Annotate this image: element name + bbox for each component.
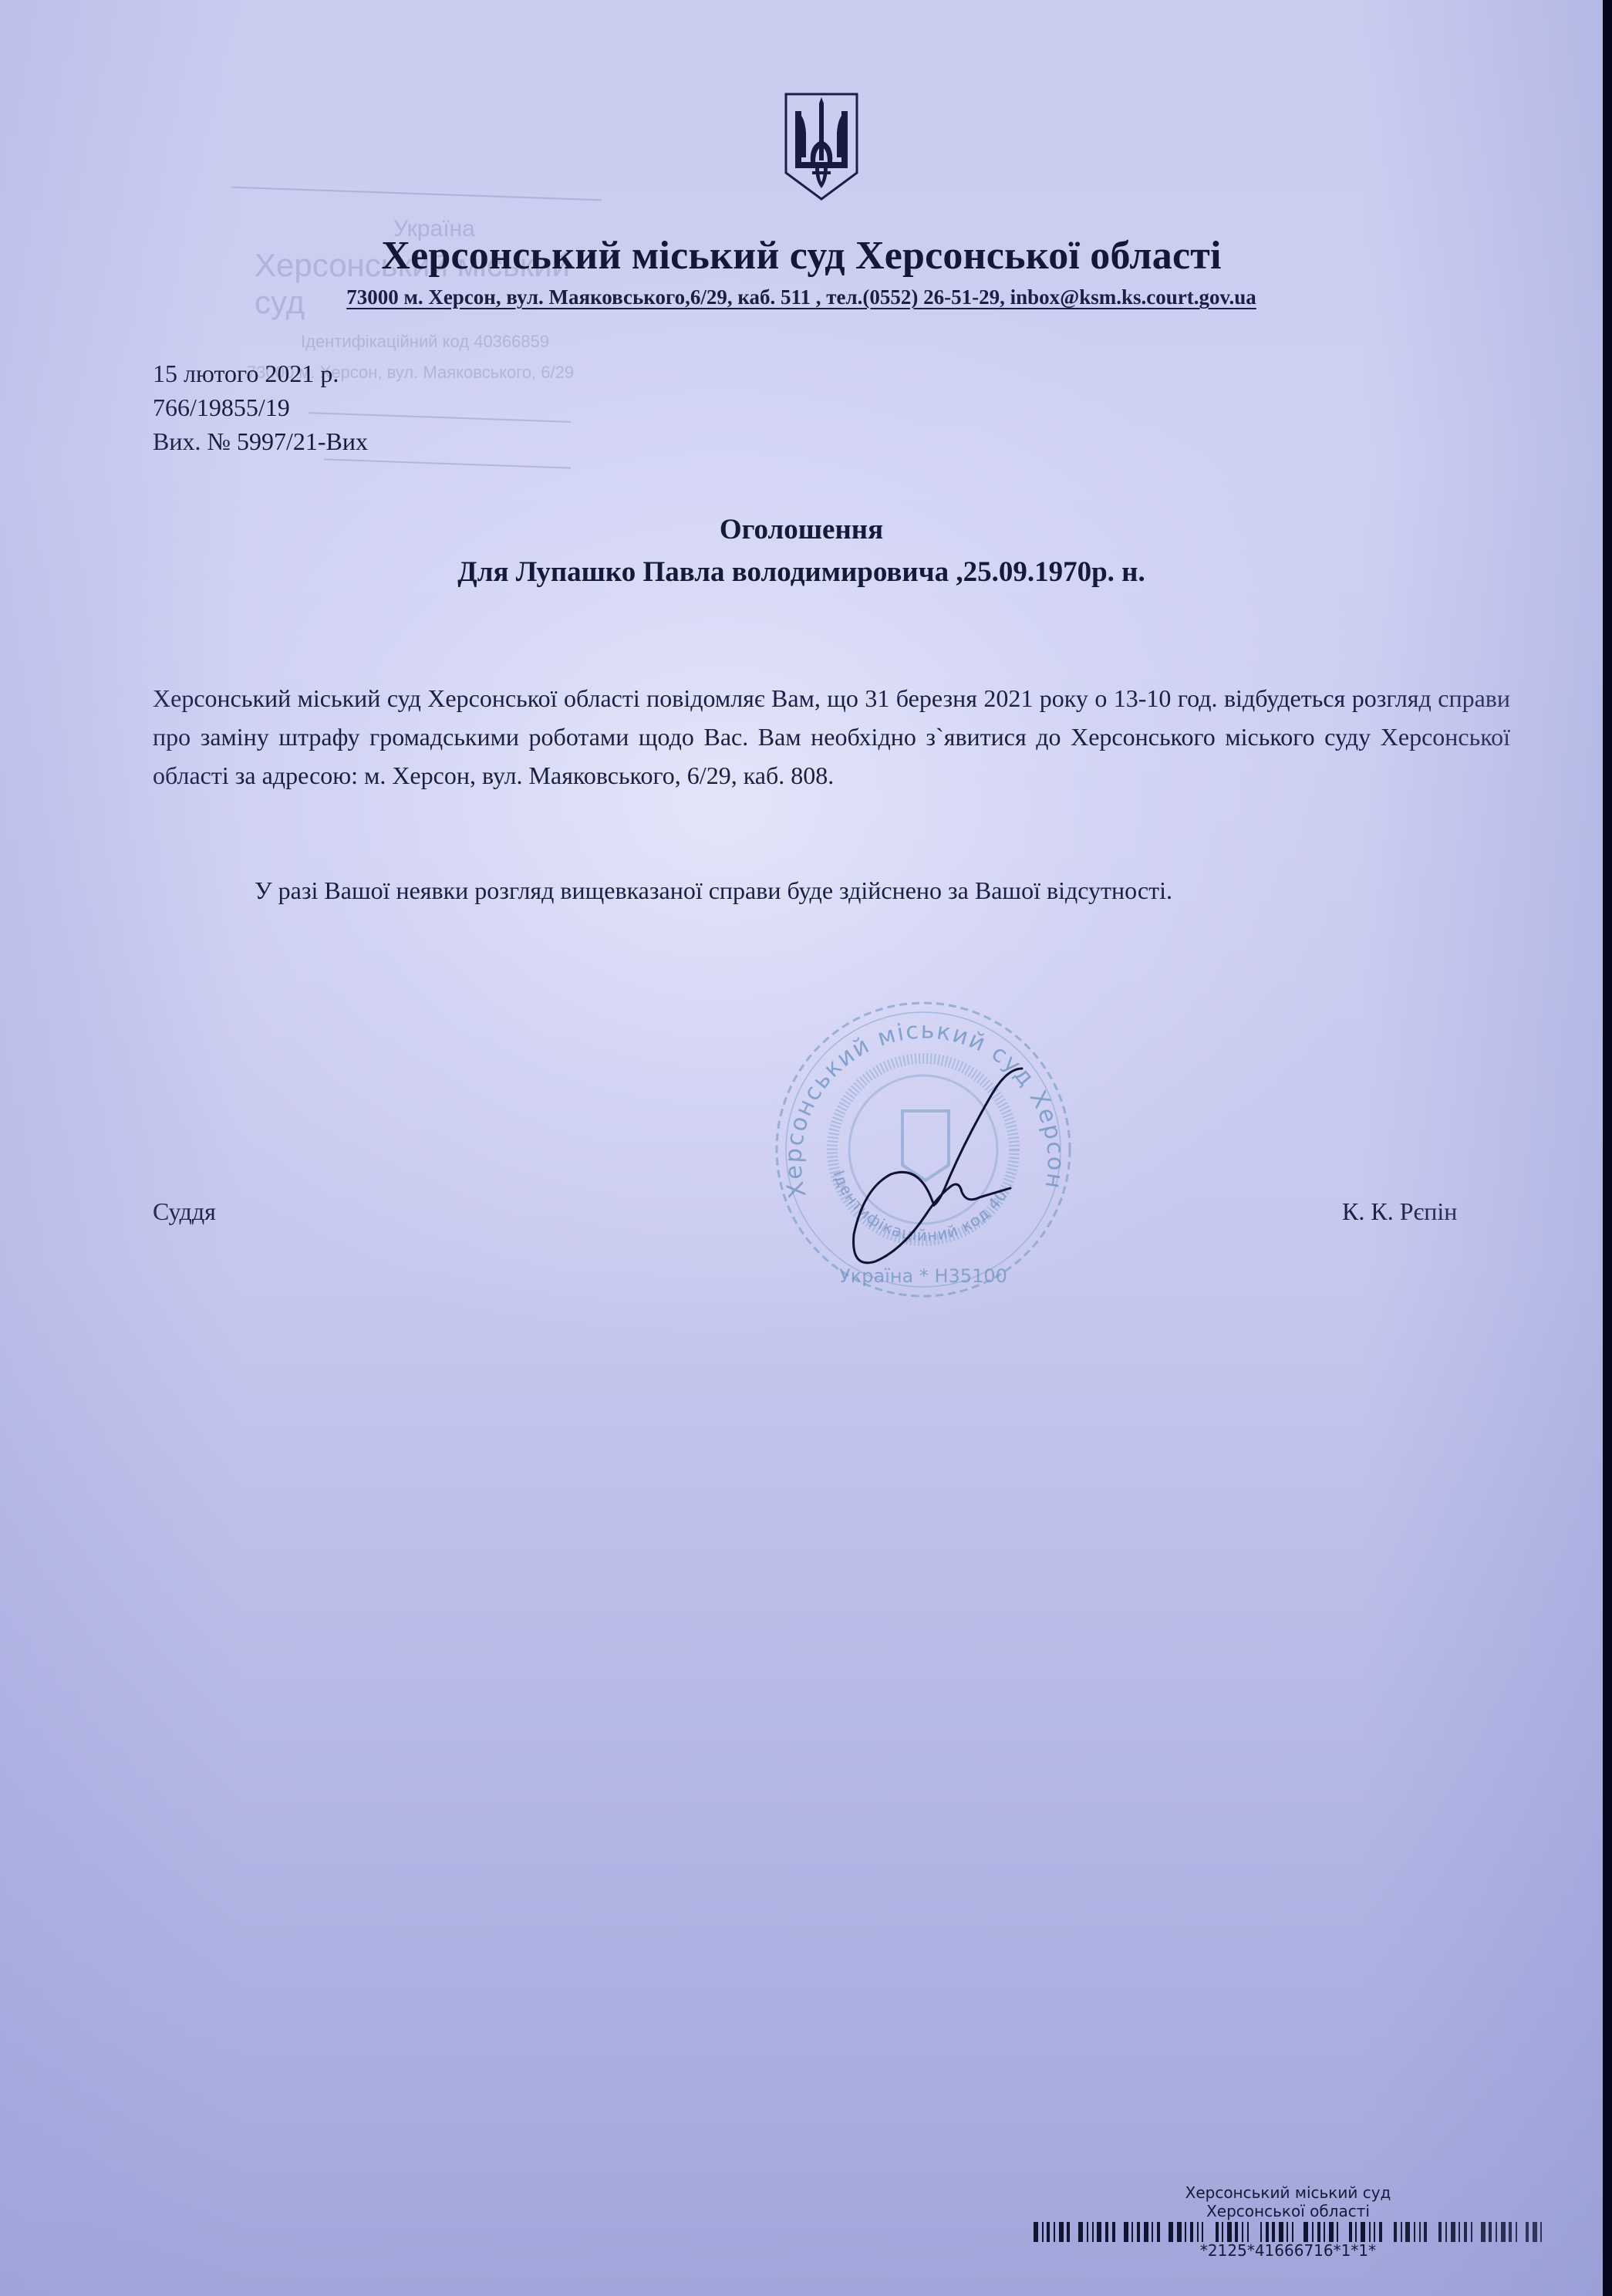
bg-stamp-line3: Ідентифікаційний код 40366859 bbox=[301, 332, 549, 352]
barcode-court-line1: Херсонський міський суд bbox=[1026, 2183, 1550, 2202]
announcement-recipient: Для Лупашко Павла володимировича ,25.09.… bbox=[0, 555, 1603, 589]
court-address: 73000 м. Херсон, вул. Маяковського,6/29,… bbox=[0, 285, 1603, 309]
seal-bottom-text: Україна * Н35100 bbox=[839, 1265, 1007, 1287]
barcode-block: Херсонський міський суд Херсонської обла… bbox=[1026, 2183, 1550, 2259]
outgoing-number: Вих. № 5997/21-Вих bbox=[153, 424, 368, 458]
seal-outer-text: Херсонський міський суд Херсонської bbox=[760, 995, 1069, 1200]
case-number: 766/19855/19 bbox=[153, 390, 368, 424]
court-name-heading: Херсонський міський суд Херсонської обла… bbox=[0, 233, 1603, 279]
bg-stamp-rule bbox=[231, 187, 602, 201]
bg-stamp-rule bbox=[324, 458, 571, 468]
announcement-body: Херсонський міський суд Херсонської обла… bbox=[153, 679, 1510, 795]
document-date: 15 лютого 2021 р. bbox=[153, 356, 368, 390]
document-page: Україна Херсонський міський суд Ідентифі… bbox=[0, 0, 1603, 2296]
judge-label: Суддя bbox=[153, 1197, 216, 1226]
announcement-title: Оголошення bbox=[0, 513, 1603, 546]
barcode-number: *2125*41666716*1*1* bbox=[1026, 2242, 1550, 2259]
court-seal: Херсонський міський суд Херсонської Іден… bbox=[760, 995, 1091, 1312]
judge-name: К. К. Рєпін bbox=[1342, 1197, 1457, 1226]
svg-text:Херсонський міський суд Херсон: Херсонський міський суд Херсонської bbox=[760, 995, 1069, 1200]
document-meta: 15 лютого 2021 р. 766/19855/19 Вих. № 59… bbox=[153, 356, 368, 458]
ukraine-trident-icon bbox=[781, 86, 862, 202]
court-address-text: 73000 м. Херсон, вул. Маяковського,6/29,… bbox=[346, 285, 1256, 309]
barcode-court-line2: Херсонської області bbox=[1026, 2202, 1550, 2220]
barcode-icon bbox=[1034, 2222, 1543, 2242]
absence-notice: У разі Вашої неявки розгляд вищевказаної… bbox=[255, 876, 1172, 905]
